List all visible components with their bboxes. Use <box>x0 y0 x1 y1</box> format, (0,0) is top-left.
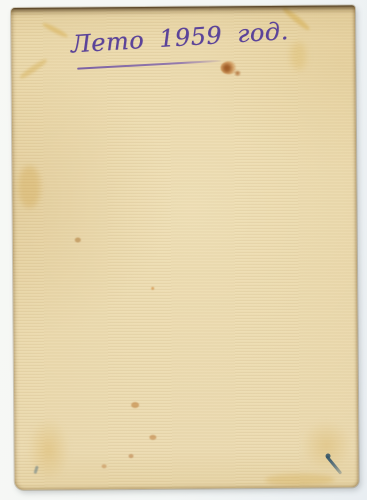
foxing-speck <box>151 287 154 290</box>
foxing-speck <box>131 402 139 408</box>
paper-texture <box>11 5 359 490</box>
card-edge-shading <box>11 5 359 490</box>
foxing-speck <box>149 435 156 440</box>
pen-mark-bottom-right-head <box>326 454 331 459</box>
scuff-top-left <box>42 21 69 38</box>
handwritten-inscription: Лето 1959 год. <box>70 15 283 84</box>
scuff-top-left-2 <box>19 57 49 80</box>
stain-bottom-right <box>300 419 352 471</box>
stain-bottom-left <box>27 418 70 482</box>
stain-left-edge <box>18 166 40 208</box>
stain-bottom-curve <box>265 473 335 486</box>
foxing-speck <box>75 237 81 242</box>
foxing-speck <box>102 464 107 468</box>
foxing-speck <box>129 454 134 458</box>
stain-top-right <box>290 42 306 70</box>
inscription-underline <box>77 60 221 70</box>
pen-mark-bottom-left <box>33 466 38 475</box>
scan-background: Лето 1959 год. <box>0 0 367 500</box>
inscription-text: Лето 1959 год. <box>70 15 282 62</box>
pen-mark-bottom-right <box>325 455 342 475</box>
photo-back-card: Лето 1959 год. <box>11 5 359 490</box>
